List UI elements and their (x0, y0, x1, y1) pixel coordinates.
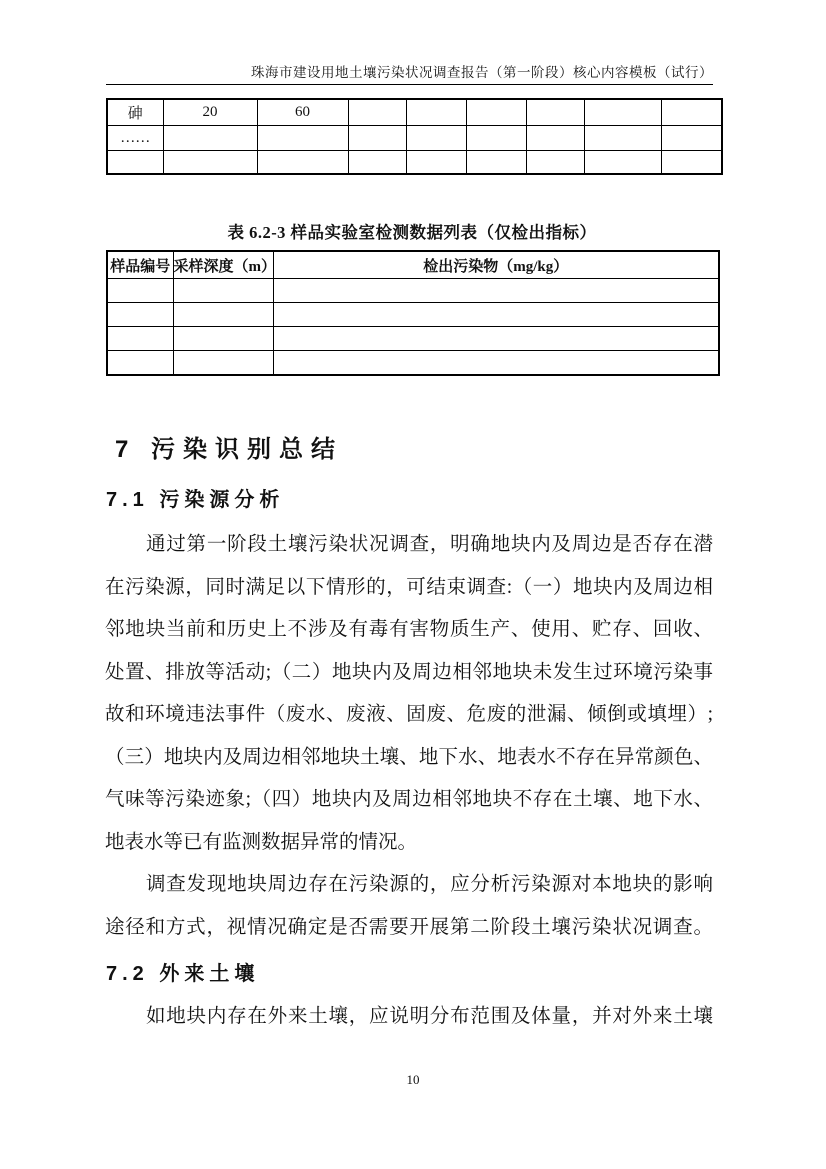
section-7-heading: 7 污染识别总结 (115, 429, 343, 464)
column-header-detected-pollutants: 检出污染物（mg/kg） (273, 251, 719, 279)
section-7-2-body: 如地块内存在外来土壤，应说明分布范围及体量，并对外来土壤 (105, 996, 713, 1039)
column-header-sampling-depth: 采样深度（m） (173, 251, 273, 279)
page-number: 10 (0, 1072, 826, 1088)
table-cell (406, 99, 466, 126)
table-cell (406, 126, 466, 151)
paragraph-line: 故和环境违法事件（废水、废液、固废、危废的泄漏、倾倒或填埋）; (105, 694, 713, 737)
table-cell (173, 327, 273, 351)
paragraph-line: （三）地块内及周边相邻地块土壤、地下水、地表水不存在异常颜色、 (105, 737, 713, 780)
table-cell (466, 126, 526, 151)
table-row: 砷 20 60 (107, 99, 722, 126)
section-7-1-heading: 7.1 污染源分析 (106, 483, 284, 512)
table-cell (661, 99, 722, 126)
table-row (107, 327, 719, 351)
table-cell (107, 327, 173, 351)
table-cell (107, 151, 163, 175)
table-cell (584, 126, 661, 151)
table-cell (273, 351, 719, 376)
table-cell (107, 351, 173, 376)
table-cell (257, 151, 348, 175)
detection-table: 样品编号 采样深度（m） 检出污染物（mg/kg） (106, 250, 720, 376)
table-row (107, 151, 722, 175)
table-cell (348, 151, 406, 175)
table-cell (273, 327, 719, 351)
table-cell (273, 279, 719, 303)
table-cell (348, 126, 406, 151)
table-cell (661, 126, 722, 151)
paragraph-line: 如地块内存在外来土壤，应说明分布范围及体量，并对外来土壤 (105, 996, 713, 1039)
table-cell (107, 279, 173, 303)
table-cell (406, 151, 466, 175)
table-cell (173, 351, 273, 376)
table-row (107, 279, 719, 303)
paragraph-line: 途径和方式，视情况确定是否需要开展第二阶段土壤污染状况调查。 (105, 907, 713, 950)
section-7-2-heading: 7.2 外来土壤 (106, 957, 259, 986)
table-cell: …… (107, 126, 163, 151)
table-cell (526, 126, 584, 151)
paragraph-line: 地表水等已有监测数据异常的情况。 (105, 822, 713, 865)
header-rule (106, 84, 713, 85)
table-cell (273, 303, 719, 327)
continuation-table: 砷 20 60 …… (106, 98, 723, 175)
table-cell (163, 126, 257, 151)
table-cell (173, 303, 273, 327)
table-cell (257, 126, 348, 151)
table-cell (107, 303, 173, 327)
table-row: …… (107, 126, 722, 151)
table-cell (526, 99, 584, 126)
paragraph-line: 调查发现地块周边存在污染源的，应分析污染源对本地块的影响 (105, 864, 713, 907)
table-cell (661, 151, 722, 175)
table-cell (466, 151, 526, 175)
table-cell (584, 99, 661, 126)
table-cell: 60 (257, 99, 348, 126)
paragraph-line: 邻地块当前和历史上不涉及有毒有害物质生产、使用、贮存、回收、 (105, 609, 713, 652)
table-cell (173, 279, 273, 303)
column-header-sample-id: 样品编号 (107, 251, 173, 279)
table-cell (466, 99, 526, 126)
table-row (107, 303, 719, 327)
table-title: 表 6.2-3 样品实验室检测数据列表（仅检出指标） (106, 219, 718, 243)
table-cell: 20 (163, 99, 257, 126)
table-cell (584, 151, 661, 175)
table-header-row: 样品编号 采样深度（m） 检出污染物（mg/kg） (107, 251, 719, 279)
paragraph-line: 气味等污染迹象;（四）地块内及周边相邻地块不存在土壤、地下水、 (105, 779, 713, 822)
document-page: 珠海市建设用地土壤污染状况调查报告（第一阶段）核心内容模板（试行） 砷 20 6… (0, 0, 826, 1169)
table-cell (526, 151, 584, 175)
table-row (107, 351, 719, 376)
paragraph-line: 在污染源，同时满足以下情形的，可结束调查:（一）地块内及周边相 (105, 567, 713, 610)
table-cell (348, 99, 406, 126)
paragraph-line: 通过第一阶段土壤污染状况调查，明确地块内及周边是否存在潜 (105, 524, 713, 567)
page-header-text: 珠海市建设用地土壤污染状况调查报告（第一阶段）核心内容模板（试行） (251, 61, 713, 81)
paragraph-line: 处置、排放等活动;（二）地块内及周边相邻地块未发生过环境污染事 (105, 652, 713, 695)
table-cell: 砷 (107, 99, 163, 126)
table-cell (163, 151, 257, 175)
section-7-1-body: 通过第一阶段土壤污染状况调查，明确地块内及周边是否存在潜 在污染源，同时满足以下… (105, 524, 713, 949)
